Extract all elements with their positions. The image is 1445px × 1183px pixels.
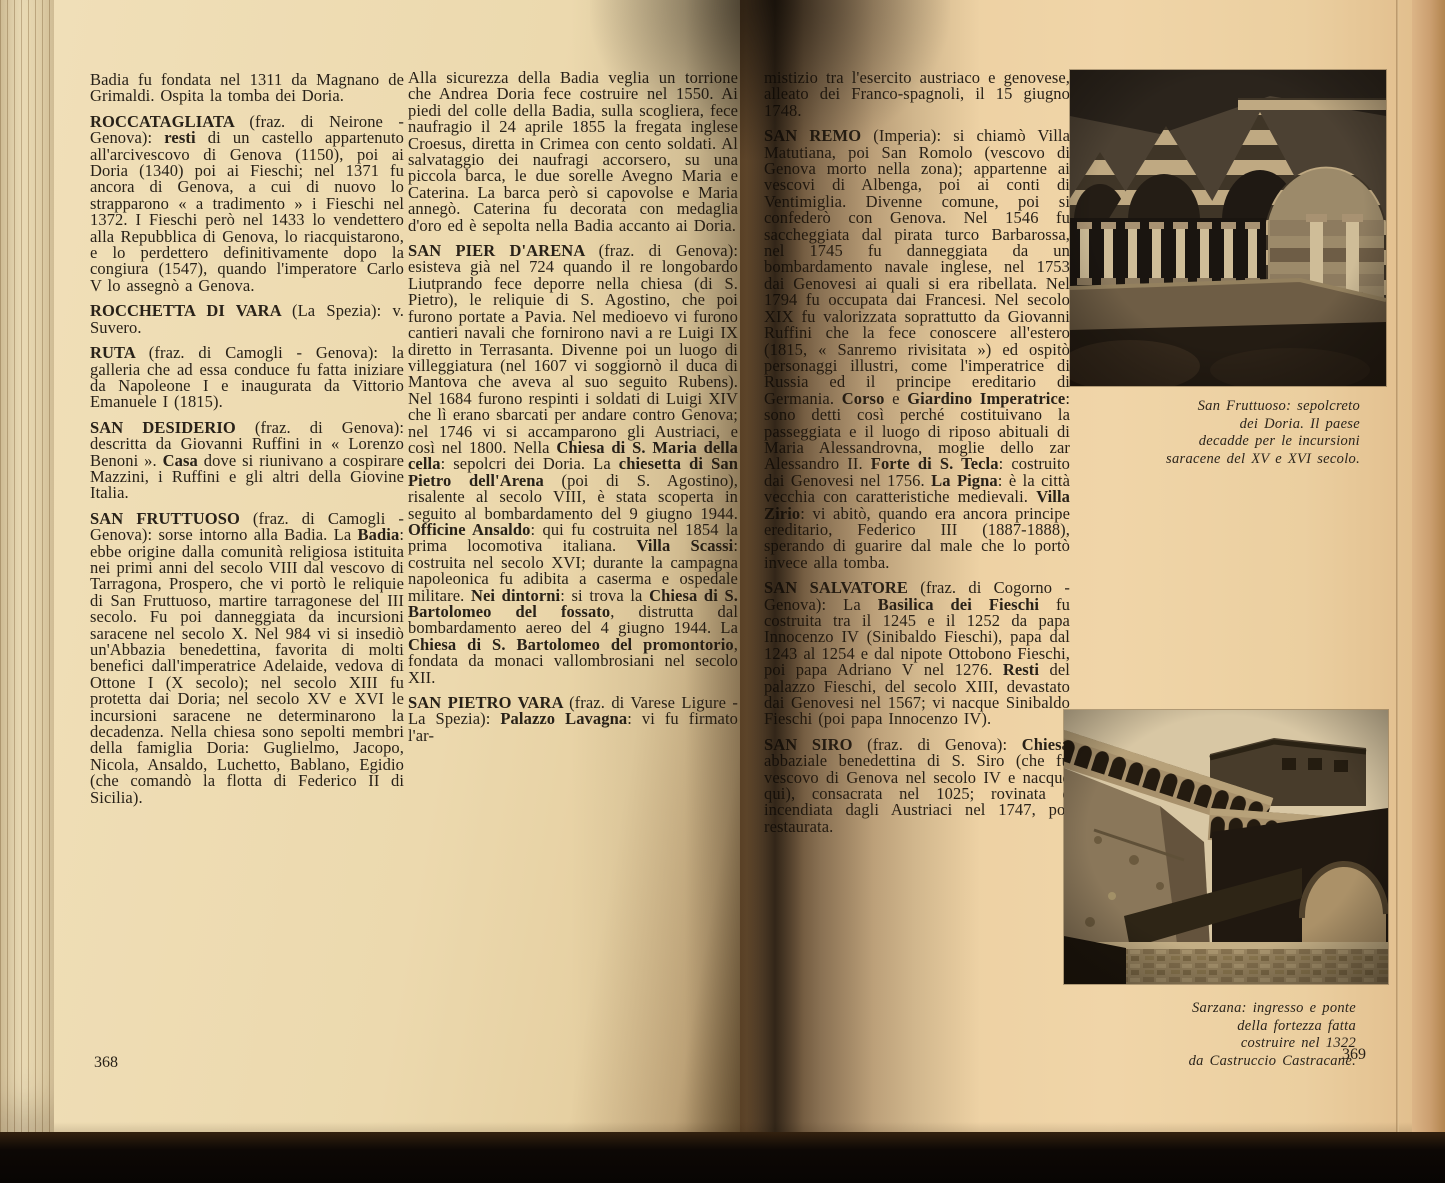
body-text: (Imperia): si chiamò Villa Matutiana, po… bbox=[764, 126, 1070, 408]
paragraph: RUTA (fraz. di Camogli - Genova): la gal… bbox=[90, 345, 404, 411]
book-spread: Badia fu fondata nel 1311 da Magnano de … bbox=[0, 0, 1445, 1183]
page-edge-right bbox=[1412, 0, 1445, 1150]
right-page-column: mistizio tra l'esercito austriaco e geno… bbox=[764, 70, 1070, 844]
headword-text: Palazzo Lavagna bbox=[500, 709, 627, 728]
body-text: : ebbe origine dalla comunità religiosa … bbox=[90, 525, 404, 807]
body-text: : vi abitò, quando era ancora principe e… bbox=[764, 504, 1070, 572]
paragraph: SAN FRUTTUOSO (fraz. di Camogli - Genova… bbox=[90, 511, 404, 806]
figure-san-fruttuoso bbox=[1070, 70, 1386, 386]
paragraph: Alla sicurezza della Badia veglia un tor… bbox=[408, 70, 738, 234]
body-text: mistizio tra l'esercito austriaco e geno… bbox=[764, 68, 1070, 120]
page-stack-edge bbox=[0, 0, 54, 1150]
body-text: (fraz. di Genova): esisteva già nel 724 … bbox=[408, 241, 738, 457]
body-text: Badia fu fondata nel 1311 da Magnano de … bbox=[90, 70, 404, 105]
paragraph: SAN PIER D'ARENA (fraz. di Genova): esis… bbox=[408, 243, 738, 686]
paragraph: SAN SALVATORE (fraz. di Cogorno - Genova… bbox=[764, 580, 1070, 728]
body-text: abbaziale benedettina di S. Siro (che fu… bbox=[764, 751, 1070, 836]
paragraph: SAN REMO (Imperia): si chiamò Villa Matu… bbox=[764, 128, 1070, 571]
body-text: di un castello appartenuto all'arcivesco… bbox=[90, 128, 404, 295]
paragraph: Badia fu fondata nel 1311 da Magnano de … bbox=[90, 72, 404, 105]
paragraph: mistizio tra l'esercito austriaco e geno… bbox=[764, 70, 1070, 119]
paragraph: ROCCATAGLIATA (fraz. di Neirone - Genova… bbox=[90, 114, 404, 294]
san-fruttuoso-cloister-photo bbox=[1070, 70, 1386, 386]
page-crease bbox=[1396, 0, 1399, 1150]
page-number-right: 369 bbox=[1342, 1046, 1366, 1064]
left-page: Badia fu fondata nel 1311 da Magnano de … bbox=[54, 0, 740, 1150]
figure-sarzana bbox=[1064, 710, 1388, 984]
left-page-column-2: Alla sicurezza della Badia veglia un tor… bbox=[408, 70, 738, 753]
paragraph: ROCCHETTA DI VARA (La Spezia): v. Suvero… bbox=[90, 303, 404, 336]
page-number-left: 368 bbox=[94, 1054, 118, 1072]
left-page-column-1: Badia fu fondata nel 1311 da Magnano de … bbox=[90, 72, 404, 815]
body-text: Alla sicurezza della Badia veglia un tor… bbox=[408, 68, 738, 235]
paragraph: SAN PIETRO VARA (fraz. di Varese Ligure … bbox=[408, 695, 738, 744]
paragraph: SAN DESIDERIO (fraz. di Genova): descrit… bbox=[90, 420, 404, 502]
paragraph: SAN SIRO (fraz. di Genova): Chiesa abbaz… bbox=[764, 737, 1070, 835]
table-surface bbox=[0, 1132, 1445, 1183]
figure-caption-sarzana: Sarzana: ingresso e pontedella fortezza … bbox=[1026, 1000, 1356, 1070]
sarzana-fortress-photo bbox=[1064, 710, 1388, 984]
figure-caption-san-fruttuoso: San Fruttuoso: sepolcretodei Doria. Il p… bbox=[1030, 398, 1360, 468]
right-page: mistizio tra l'esercito austriaco e geno… bbox=[740, 0, 1412, 1150]
